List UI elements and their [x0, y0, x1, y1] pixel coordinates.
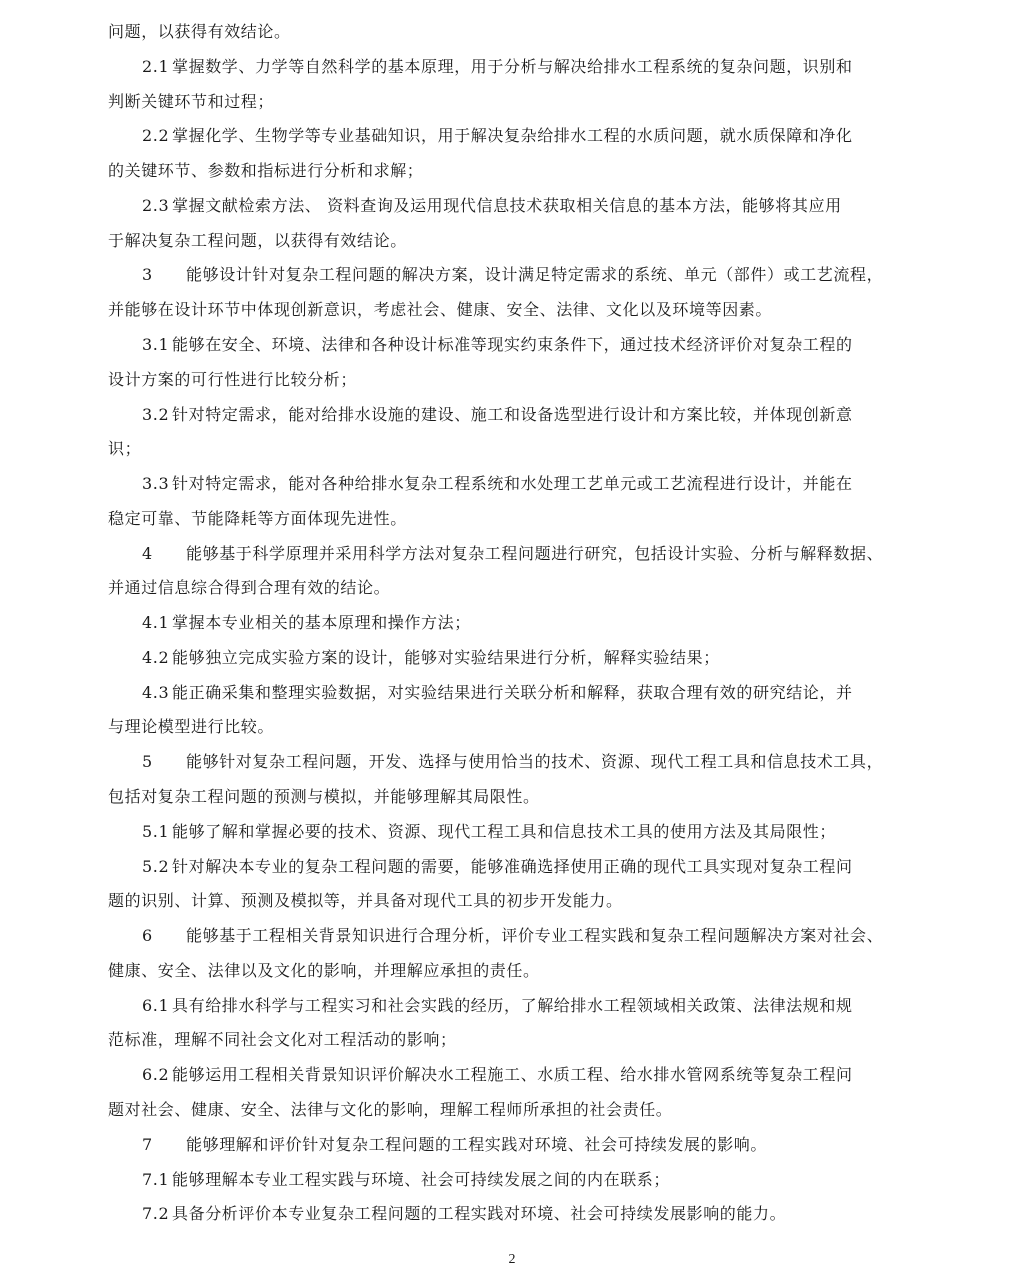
numbered-paragraph-line: 4能够基于科学原理并采用科学方法对复杂工程问题进行研究，包括设计实验、分析与解释…: [108, 544, 964, 564]
line-text: 并通过信息综合得到合理有效的结论。: [108, 578, 390, 597]
item-number: 4.1: [142, 613, 172, 633]
line-text: 能够设计针对复杂工程问题的解决方案，设计满足特定需求的系统、单元（部件）或工艺流…: [186, 265, 883, 284]
numbered-paragraph-line: 3能够设计针对复杂工程问题的解决方案，设计满足特定需求的系统、单元（部件）或工艺…: [108, 265, 964, 285]
line-text: 能够基于科学原理并采用科学方法对复杂工程问题进行研究，包括设计实验、分析与解释数…: [186, 544, 883, 563]
line-text: 针对特定需求，能对给排水设施的建设、施工和设备选型进行设计和方案比较，并体现创新…: [172, 405, 853, 424]
numbered-paragraph-line: 7.1能够理解本专业工程实践与环境、社会可持续发展之间的内在联系；: [108, 1170, 964, 1190]
item-number: 4.2: [142, 648, 172, 668]
numbered-paragraph-line: 3.2针对特定需求，能对给排水设施的建设、施工和设备选型进行设计和方案比较，并体…: [108, 405, 964, 425]
line-text: 稳定可靠、节能降耗等方面体现先进性。: [108, 509, 407, 528]
item-number: 5: [142, 752, 186, 772]
item-number: 3.3: [142, 474, 172, 494]
line-text: 问题，以获得有效结论。: [108, 22, 291, 41]
numbered-paragraph-line: 4.1掌握本专业相关的基本原理和操作方法；: [108, 613, 964, 633]
numbered-paragraph-line: 5.2针对解决本专业的复杂工程问题的需要，能够准确选择使用正确的现代工具实现对复…: [108, 857, 964, 877]
line-text: 能够理解和评价针对复杂工程问题的工程实践对环境、社会可持续发展的影响。: [186, 1135, 767, 1154]
item-number: 7.2: [142, 1204, 172, 1224]
paragraph-continuation-line: 并通过信息综合得到合理有效的结论。: [108, 578, 930, 598]
numbered-paragraph-line: 3.1能够在安全、环境、法律和各种设计标准等现实约束条件下，通过技术经济评价对复…: [108, 335, 964, 355]
numbered-paragraph-line: 5.1能够了解和掌握必要的技术、资源、现代工程工具和信息技术工具的使用方法及其局…: [108, 822, 964, 842]
paragraph-continuation-line: 问题，以获得有效结论。: [108, 22, 930, 42]
page-number: 2: [0, 1252, 1024, 1268]
line-text: 的关键环节、参数和指标进行分析和求解；: [108, 161, 423, 180]
paragraph-continuation-line: 识；: [108, 439, 930, 459]
paragraph-continuation-line: 于解决复杂工程问题，以获得有效结论。: [108, 231, 930, 251]
line-text: 并能够在设计环节中体现创新意识，考虑社会、健康、安全、法律、文化以及环境等因素。: [108, 300, 772, 319]
paragraph-continuation-line: 题的识别、计算、预测及模拟等，并具备对现代工具的初步开发能力。: [108, 891, 930, 911]
item-number: 5.1: [142, 822, 172, 842]
paragraph-continuation-line: 判断关键环节和过程；: [108, 92, 930, 112]
item-number: 4: [142, 544, 186, 564]
paragraph-continuation-line: 题对社会、健康、安全、法律与文化的影响，理解工程师所承担的社会责任。: [108, 1100, 930, 1120]
line-text: 范标准，理解不同社会文化对工程活动的影响；: [108, 1030, 457, 1049]
line-text: 具备分析评价本专业复杂工程问题的工程实践对环境、社会可持续发展影响的能力。: [172, 1204, 786, 1223]
line-text: 与理论模型进行比较。: [108, 717, 274, 736]
line-text: 能正确采集和整理实验数据，对实验结果进行关联分析和解释，获取合理有效的研究结论，…: [172, 683, 853, 702]
line-text: 具有给排水科学与工程实习和社会实践的经历，了解给排水工程领域相关政策、法律法规和…: [172, 996, 853, 1015]
line-text: 针对解决本专业的复杂工程问题的需要，能够准确选择使用正确的现代工具实现对复杂工程…: [172, 857, 853, 876]
numbered-paragraph-line: 3.3针对特定需求，能对各种给排水复杂工程系统和水处理工艺单元或工艺流程进行设计…: [108, 474, 964, 494]
line-text: 判断关键环节和过程；: [108, 92, 274, 111]
line-text: 题的识别、计算、预测及模拟等，并具备对现代工具的初步开发能力。: [108, 891, 623, 910]
numbered-paragraph-line: 7.2具备分析评价本专业复杂工程问题的工程实践对环境、社会可持续发展影响的能力。: [108, 1204, 964, 1224]
paragraph-continuation-line: 健康、安全、法律以及文化的影响，并理解应承担的责任。: [108, 961, 930, 981]
line-text: 能够运用工程相关背景知识评价解决水工程施工、水质工程、给水排水管网系统等复杂工程…: [172, 1065, 853, 1084]
line-text: 掌握化学、生物学等专业基础知识，用于解决复杂给排水工程的水质问题，就水质保障和净…: [172, 126, 853, 145]
line-text: 掌握文献检索方法、 资料查询及运用现代信息技术获取相关信息的基本方法，能够将其应…: [172, 196, 842, 215]
item-number: 2.2: [142, 126, 172, 146]
item-number: 6: [142, 926, 186, 946]
numbered-paragraph-line: 2.1掌握数学、力学等自然科学的基本原理，用于分析与解决给排水工程系统的复杂问题…: [108, 57, 964, 77]
paragraph-continuation-line: 的关键环节、参数和指标进行分析和求解；: [108, 161, 930, 181]
line-text: 设计方案的可行性进行比较分析；: [108, 370, 357, 389]
line-text: 健康、安全、法律以及文化的影响，并理解应承担的责任。: [108, 961, 540, 980]
numbered-paragraph-line: 2.2掌握化学、生物学等专业基础知识，用于解决复杂给排水工程的水质问题，就水质保…: [108, 126, 964, 146]
item-number: 7: [142, 1135, 186, 1155]
item-number: 3.2: [142, 405, 172, 425]
item-number: 6.1: [142, 996, 172, 1016]
line-text: 能够基于工程相关背景知识进行合理分析，评价专业工程实践和复杂工程问题解决方案对社…: [186, 926, 883, 945]
line-text: 识；: [108, 439, 141, 458]
line-text: 能够了解和掌握必要的技术、资源、现代工程工具和信息技术工具的使用方法及其局限性；: [172, 822, 836, 841]
numbered-paragraph-line: 4.2能够独立完成实验方案的设计，能够对实验结果进行分析，解释实验结果；: [108, 648, 964, 668]
paragraph-continuation-line: 并能够在设计环节中体现创新意识，考虑社会、健康、安全、法律、文化以及环境等因素。: [108, 300, 930, 320]
line-text: 能够理解本专业工程实践与环境、社会可持续发展之间的内在联系；: [172, 1170, 670, 1189]
line-text: 针对特定需求，能对各种给排水复杂工程系统和水处理工艺单元或工艺流程进行设计，并能…: [172, 474, 853, 493]
numbered-paragraph-line: 2.3掌握文献检索方法、 资料查询及运用现代信息技术获取相关信息的基本方法，能够…: [108, 196, 964, 216]
paragraph-continuation-line: 稳定可靠、节能降耗等方面体现先进性。: [108, 509, 930, 529]
line-text: 能够在安全、环境、法律和各种设计标准等现实约束条件下，通过技术经济评价对复杂工程…: [172, 335, 853, 354]
item-number: 2.3: [142, 196, 172, 216]
numbered-paragraph-line: 6.1具有给排水科学与工程实习和社会实践的经历，了解给排水工程领域相关政策、法律…: [108, 996, 964, 1016]
line-text: 掌握数学、力学等自然科学的基本原理，用于分析与解决给排水工程系统的复杂问题，识别…: [172, 57, 853, 76]
numbered-paragraph-line: 4.3能正确采集和整理实验数据，对实验结果进行关联分析和解释，获取合理有效的研究…: [108, 683, 964, 703]
numbered-paragraph-line: 6.2能够运用工程相关背景知识评价解决水工程施工、水质工程、给水排水管网系统等复…: [108, 1065, 964, 1085]
paragraph-continuation-line: 包括对复杂工程问题的预测与模拟，并能够理解其局限性。: [108, 787, 930, 807]
numbered-paragraph-line: 5能够针对复杂工程问题，开发、选择与使用恰当的技术、资源、现代工程工具和信息技术…: [108, 752, 964, 772]
item-number: 4.3: [142, 683, 172, 703]
line-text: 于解决复杂工程问题，以获得有效结论。: [108, 231, 407, 250]
line-text: 掌握本专业相关的基本原理和操作方法；: [172, 613, 471, 632]
item-number: 3: [142, 265, 186, 285]
line-text: 包括对复杂工程问题的预测与模拟，并能够理解其局限性。: [108, 787, 540, 806]
item-number: 7.1: [142, 1170, 172, 1190]
line-text: 能够针对复杂工程问题，开发、选择与使用恰当的技术、资源、现代工程工具和信息技术工…: [186, 752, 883, 771]
item-number: 2.1: [142, 57, 172, 77]
numbered-paragraph-line: 6能够基于工程相关背景知识进行合理分析，评价专业工程实践和复杂工程问题解决方案对…: [108, 926, 964, 946]
item-number: 5.2: [142, 857, 172, 877]
item-number: 3.1: [142, 335, 172, 355]
line-text: 能够独立完成实验方案的设计，能够对实验结果进行分析，解释实验结果；: [172, 648, 720, 667]
paragraph-continuation-line: 范标准，理解不同社会文化对工程活动的影响；: [108, 1030, 930, 1050]
item-number: 6.2: [142, 1065, 172, 1085]
numbered-paragraph-line: 7能够理解和评价针对复杂工程问题的工程实践对环境、社会可持续发展的影响。: [108, 1135, 964, 1155]
paragraph-continuation-line: 设计方案的可行性进行比较分析；: [108, 370, 930, 390]
paragraph-continuation-line: 与理论模型进行比较。: [108, 717, 930, 737]
line-text: 题对社会、健康、安全、法律与文化的影响，理解工程师所承担的社会责任。: [108, 1100, 672, 1119]
